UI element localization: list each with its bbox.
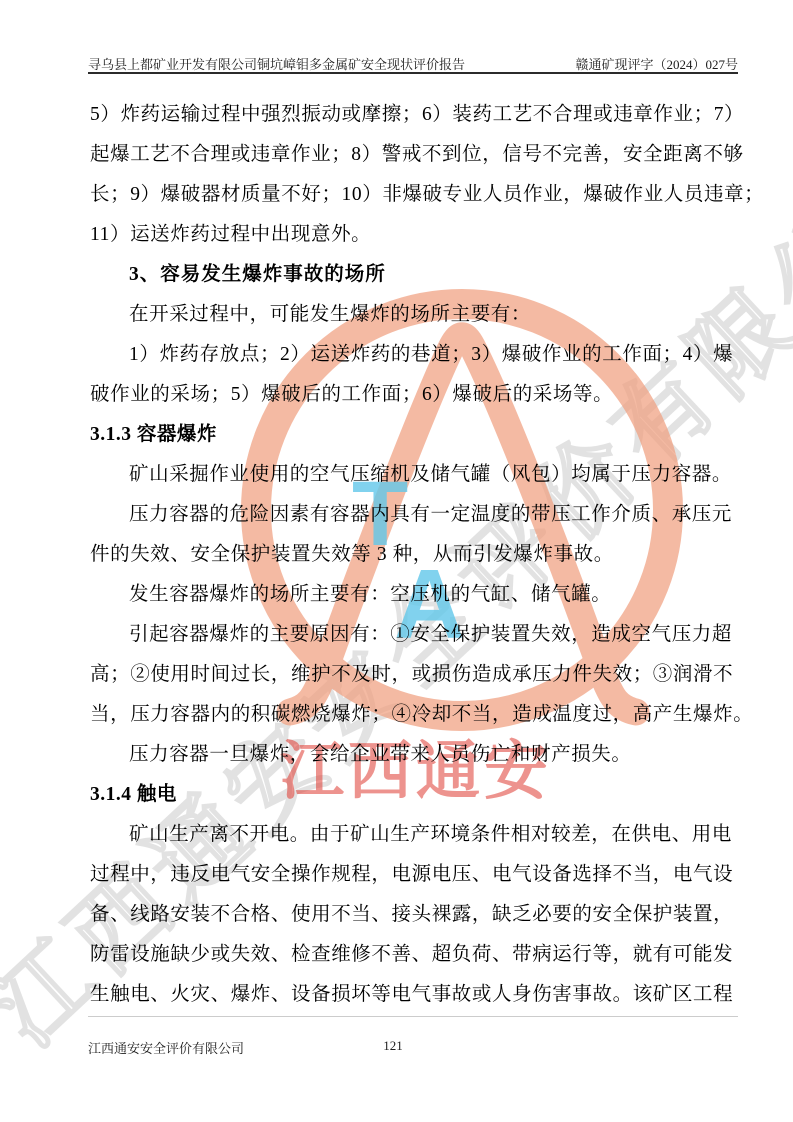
text-line: 矿山采掘作业使用的空气压缩机及储气罐（风包）均属于压力容器。 — [90, 455, 750, 495]
text-line: 当，压力容器内的积碳燃烧爆炸；④冷却不当，造成温度过，高产生爆炸。 — [90, 695, 750, 735]
text-line: 件的失效、安全保护装置失效等 3 种，从而引发爆炸事故。 — [90, 535, 750, 575]
text-line: 在开采过程中，可能发生爆炸的场所主要有： — [90, 295, 750, 335]
document-page: { "header": { "left": "寻乌县上都矿业开发有限公司铜坑嶂钼… — [0, 0, 793, 1122]
text-line: 压力容器一旦爆炸，会给企业带来人员伤亡和财产损失。 — [90, 735, 750, 775]
text-line: 防雷设施缺少或失效、检查维修不善、超负荷、带病运行等，就有可能发 — [90, 935, 750, 975]
text-line: 引起容器爆炸的主要原因有：①安全保护装置失效，造成空气压力超 — [90, 615, 750, 655]
text-line: 3.1.4 触电 — [90, 775, 750, 815]
text-line: 过程中，违反电气安全操作规程，电源电压、电气设备选择不当，电气设 — [90, 855, 750, 895]
document-body: 5）炸药运输过程中强烈振动或摩擦；6）装药工艺不合理或违章作业；7）起爆工艺不合… — [0, 0, 793, 1122]
text-line: 1）炸药存放点；2）运送炸药的巷道；3）爆破作业的工作面；4）爆 — [90, 335, 750, 375]
text-line: 3.1.3 容器爆炸 — [90, 415, 750, 455]
text-line: 11）运送炸药过程中出现意外。 — [90, 215, 750, 255]
text-line: 生触电、火灾、爆炸、设备损坏等电气事故或人身伤害事故。该矿区工程 — [90, 975, 750, 1015]
text-line: 3、容易发生爆炸事故的场所 — [90, 255, 750, 295]
text-line: 5）炸药运输过程中强烈振动或摩擦；6）装药工艺不合理或违章作业；7） — [90, 95, 750, 135]
page-footer: 江西通安安全评价有限公司 121 — [88, 1038, 738, 1056]
text-line: 破作业的采场；5）爆破后的工作面；6）爆破后的采场等。 — [90, 375, 750, 415]
text-line: 长；9）爆破器材质量不好；10）非爆破专业人员作业，爆破作业人员违章； — [90, 175, 750, 215]
text-line: 压力容器的危险因素有容器内具有一定温度的带压工作介质、承压元 — [90, 495, 750, 535]
text-line: 起爆工艺不合理或违章作业；8）警戒不到位，信号不完善，安全距离不够 — [90, 135, 750, 175]
text-line: 高；②使用时间过长，维护不及时，或损伤造成承压力件失效；③润滑不 — [90, 655, 750, 695]
text-line: 矿山生产离不开电。由于矿山生产环境条件相对较差，在供电、用电 — [90, 815, 750, 855]
page-number: 121 — [88, 1038, 698, 1054]
text-line: 备、线路安装不合格、使用不当、接头裸露，缺乏必要的安全保护装置， — [90, 895, 750, 935]
text-line: 发生容器爆炸的场所主要有：空压机的气缸、储气罐。 — [90, 575, 750, 615]
